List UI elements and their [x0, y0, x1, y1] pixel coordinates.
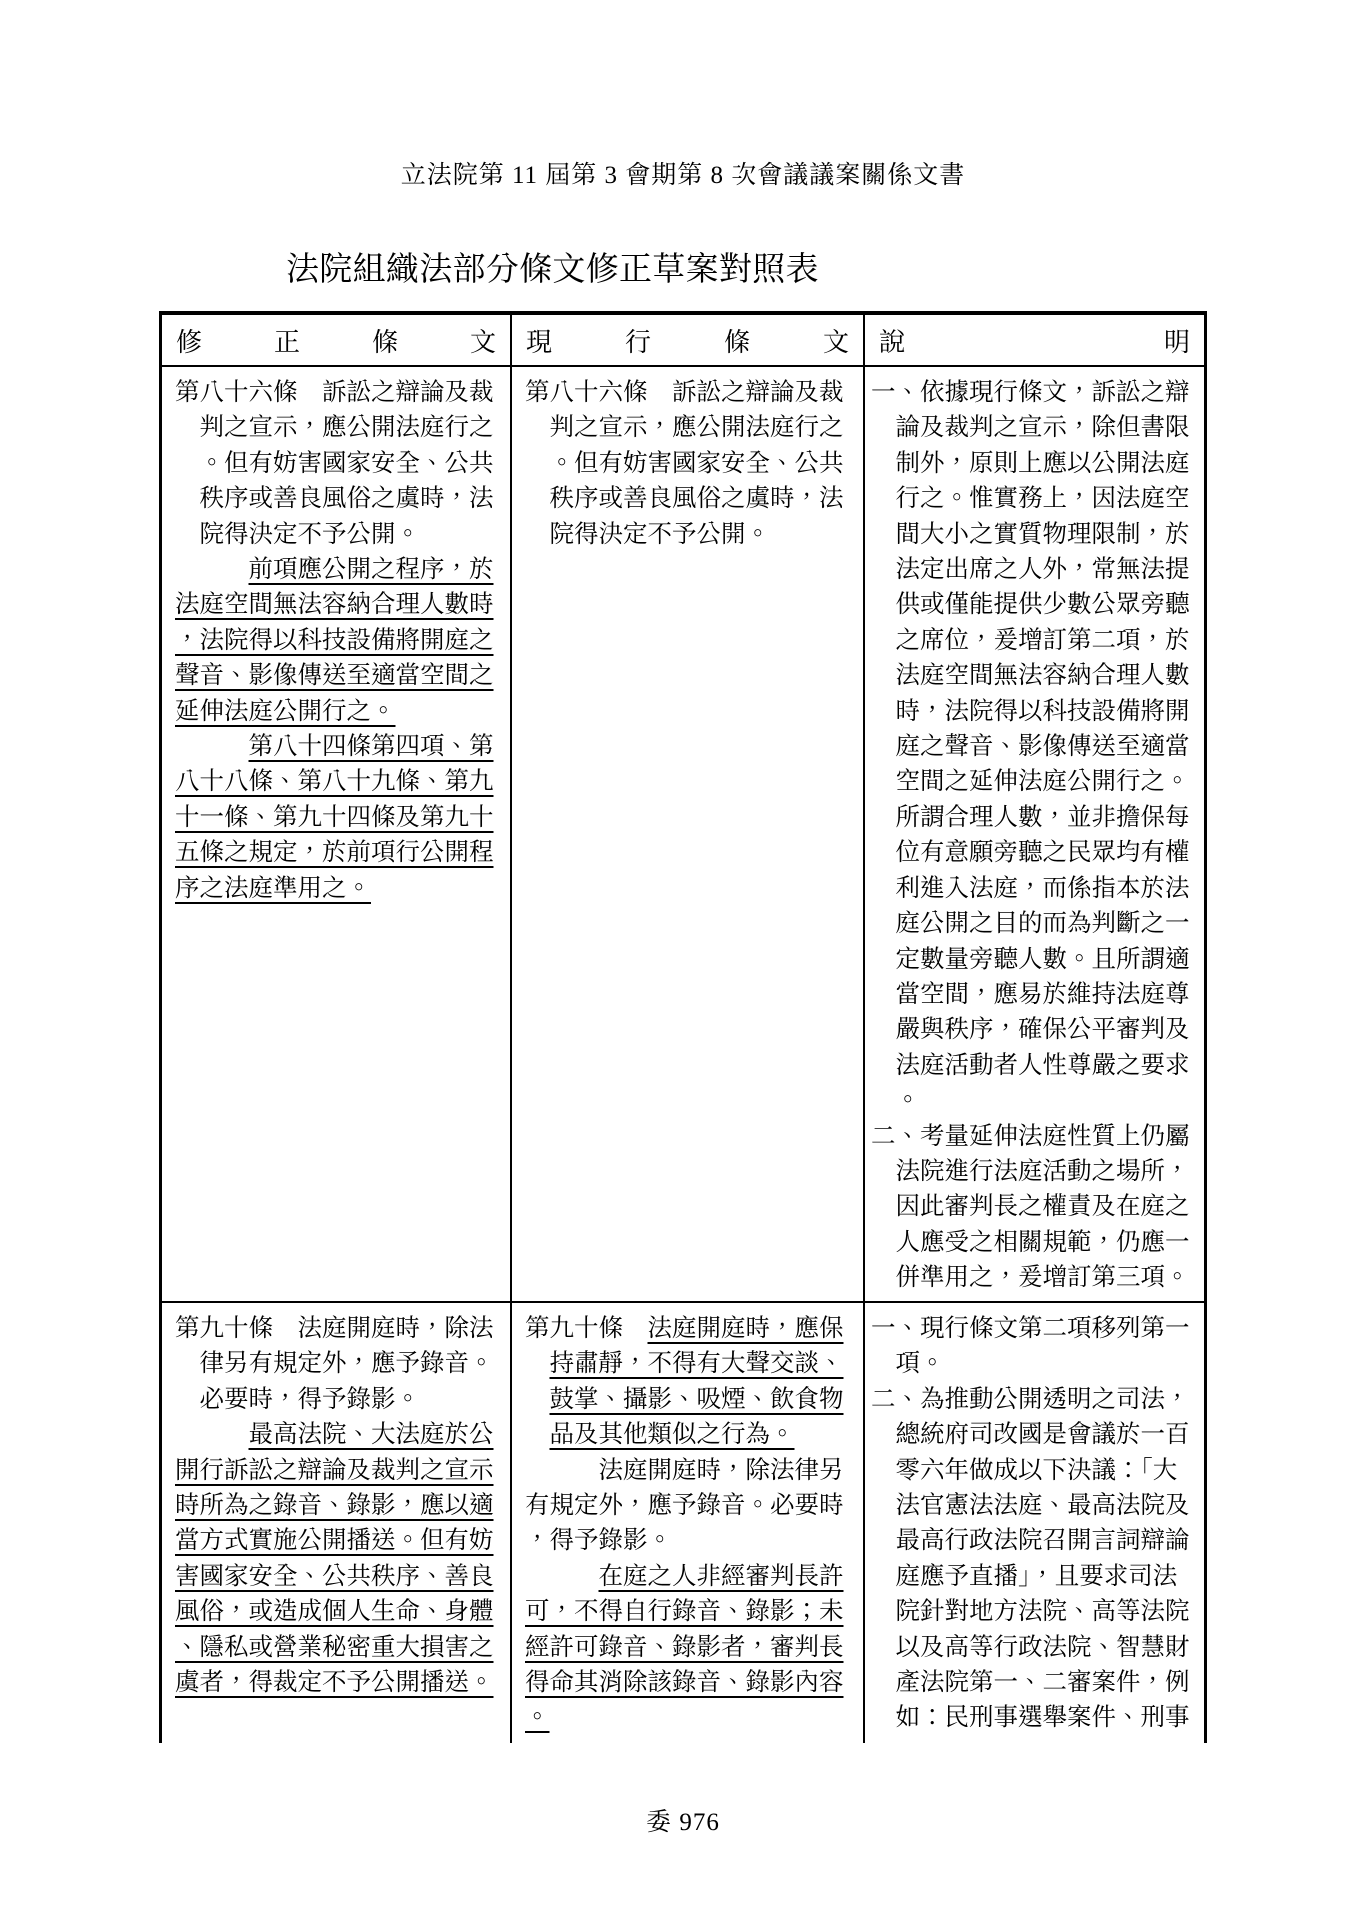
text-segment: 一、依據現行條文，訴訟之辯論及裁判之宣示，除但書限制外，原則上應以公開法庭行之。…: [871, 379, 1190, 1114]
text-segment: 一、現行條文第二項移列第一項。: [871, 1315, 1190, 1377]
page-number: 委 976: [0, 1802, 1366, 1838]
law-paragraph: 二、為推動公開透明之司法，總統府司改國是會議於一百零六年做成以下決議：「大法官憲…: [871, 1382, 1194, 1736]
cell-explanation-article-90: 一、現行條文第二項移列第一項。二、為推動公開透明之司法，總統府司改國是會議於一百…: [865, 1303, 1204, 1743]
cell-amended-article-90: 第九十條 法庭開庭時，除法律另有規定外，應予錄音。必要時，得予錄影。最高法院、大…: [162, 1303, 512, 1743]
text-segment: 第八十六條 訴訟之辯論及裁判之宣示，應公開法庭行之。但有妨害國家安全、公共秩序或…: [525, 379, 844, 548]
law-paragraph: 前項應公開之程序，於法庭空間無法容納合理人數時，法院得以科技設備將開庭之聲音、影…: [175, 552, 500, 729]
header-char: 說: [879, 322, 905, 359]
text-segment: 二、考量延伸法庭性質上仍屬法院進行法庭活動之場所，因此審判長之權責及在庭之人應受…: [871, 1123, 1190, 1292]
amended-underlined-text: 第八十四條第四項、第八十八條、第八十九條、第九十一條、第九十四條及第九十五條之規…: [175, 733, 494, 902]
law-paragraph: 最高法院、大法庭於公開行訴訟之辯論及裁判之宣示時所為之錄音、錄影，應以適當方式實…: [175, 1417, 500, 1700]
law-paragraph: 法庭開庭時，除法律另有規定外，應予錄音。必要時，得予錄影。: [525, 1453, 853, 1559]
column-header-amended: 修正條文: [162, 315, 512, 365]
cell-current-article-90: 第九十條 法庭開庭時，應保持肅靜，不得有大聲交談、鼓掌、攝影、吸煙、飲食物品及其…: [512, 1303, 865, 1743]
amended-underlined-text: 前項應公開之程序，於法庭空間無法容納合理人數時，法院得以科技設備將開庭之聲音、影…: [175, 556, 494, 725]
header-char: 現: [526, 322, 552, 359]
header-char: 條: [372, 322, 398, 359]
cell-current-article-86: 第八十六條 訴訟之辯論及裁判之宣示，應公開法庭行之。但有妨害國家安全、公共秩序或…: [512, 367, 865, 1301]
cell-explanation-article-86: 一、依據現行條文，訴訟之辯論及裁判之宣示，除但書限制外，原則上應以公開法庭行之。…: [865, 367, 1204, 1301]
column-header-current: 現行條文: [512, 315, 865, 365]
text-segment: 第九十條 法庭開庭時，除法律另有規定外，應予錄音。必要時，得予錄影。: [175, 1315, 494, 1413]
law-paragraph: 第八十六條 訴訟之辯論及裁判之宣示，應公開法庭行之。但有妨害國家安全、公共秩序或…: [525, 375, 853, 552]
law-paragraph: 二、考量延伸法庭性質上仍屬法院進行法庭活動之場所，因此審判長之權責及在庭之人應受…: [871, 1119, 1194, 1296]
law-paragraph: 第八十四條第四項、第八十八條、第八十九條、第九十一條、第九十四條及第九十五條之規…: [175, 729, 500, 906]
text-segment: 第九十條: [525, 1315, 648, 1342]
header-char: 文: [823, 322, 849, 359]
law-paragraph: 第九十條 法庭開庭時，除法律另有規定外，應予錄音。必要時，得予錄影。: [175, 1311, 500, 1417]
document-page: { "page": { "doc_header": "立法院第 11 屆第 3 …: [0, 0, 1366, 1931]
amended-underlined-text: 在庭之人非經審判長許可，不得自行錄音、錄影；未經許可錄音、錄影者，審判長得命其消…: [525, 1563, 844, 1732]
comparison-table: 修正條文 現行條文 說明 第八十六條 訴訟之辯論及裁判之宣示，應公開法庭行之。但…: [159, 311, 1207, 1743]
header-char: 修: [176, 322, 202, 359]
header-char: 行: [625, 322, 651, 359]
page-title: 法院組織法部分條文修正草案對照表: [286, 250, 819, 290]
law-paragraph: 在庭之人非經審判長許可，不得自行錄音、錄影；未經許可錄音、錄影者，審判長得命其消…: [525, 1559, 853, 1736]
text-segment: 法庭開庭時，除法律另有規定外，應予錄音。必要時，得予錄影。: [525, 1457, 844, 1555]
column-header-explanation: 說明: [865, 315, 1204, 365]
amended-underlined-text: 最高法院、大法庭於公開行訴訟之辯論及裁判之宣示時所為之錄音、錄影，應以適當方式實…: [175, 1421, 494, 1696]
text-segment: 第八十六條 訴訟之辯論及裁判之宣示，應公開法庭行之。但有妨害國家安全、公共秩序或…: [175, 379, 494, 548]
document-header: 立法院第 11 屆第 3 會期第 8 次會議議案關係文書: [0, 160, 1366, 192]
law-paragraph: 一、依據現行條文，訴訟之辯論及裁判之宣示，除但書限制外，原則上應以公開法庭行之。…: [871, 375, 1194, 1119]
header-char: 正: [274, 322, 300, 359]
header-char: 條: [724, 322, 750, 359]
law-paragraph: 第九十條 法庭開庭時，應保持肅靜，不得有大聲交談、鼓掌、攝影、吸煙、飲食物品及其…: [525, 1311, 853, 1453]
law-paragraph: 第八十六條 訴訟之辯論及裁判之宣示，應公開法庭行之。但有妨害國家安全、公共秩序或…: [175, 375, 500, 552]
text-segment: 二、為推動公開透明之司法，總統府司改國是會議於一百零六年做成以下決議：「大法官憲…: [871, 1386, 1190, 1732]
cell-amended-article-86: 第八十六條 訴訟之辯論及裁判之宣示，應公開法庭行之。但有妨害國家安全、公共秩序或…: [162, 367, 512, 1301]
table-row-article-90: 第九十條 法庭開庭時，除法律另有規定外，應予錄音。必要時，得予錄影。最高法院、大…: [162, 1303, 1204, 1743]
table-header-row: 修正條文 現行條文 說明: [162, 315, 1204, 367]
table-row-article-86: 第八十六條 訴訟之辯論及裁判之宣示，應公開法庭行之。但有妨害國家安全、公共秩序或…: [162, 367, 1204, 1303]
header-char: 明: [1164, 322, 1190, 359]
law-paragraph: 一、現行條文第二項移列第一項。: [871, 1311, 1194, 1382]
header-char: 文: [470, 322, 496, 359]
